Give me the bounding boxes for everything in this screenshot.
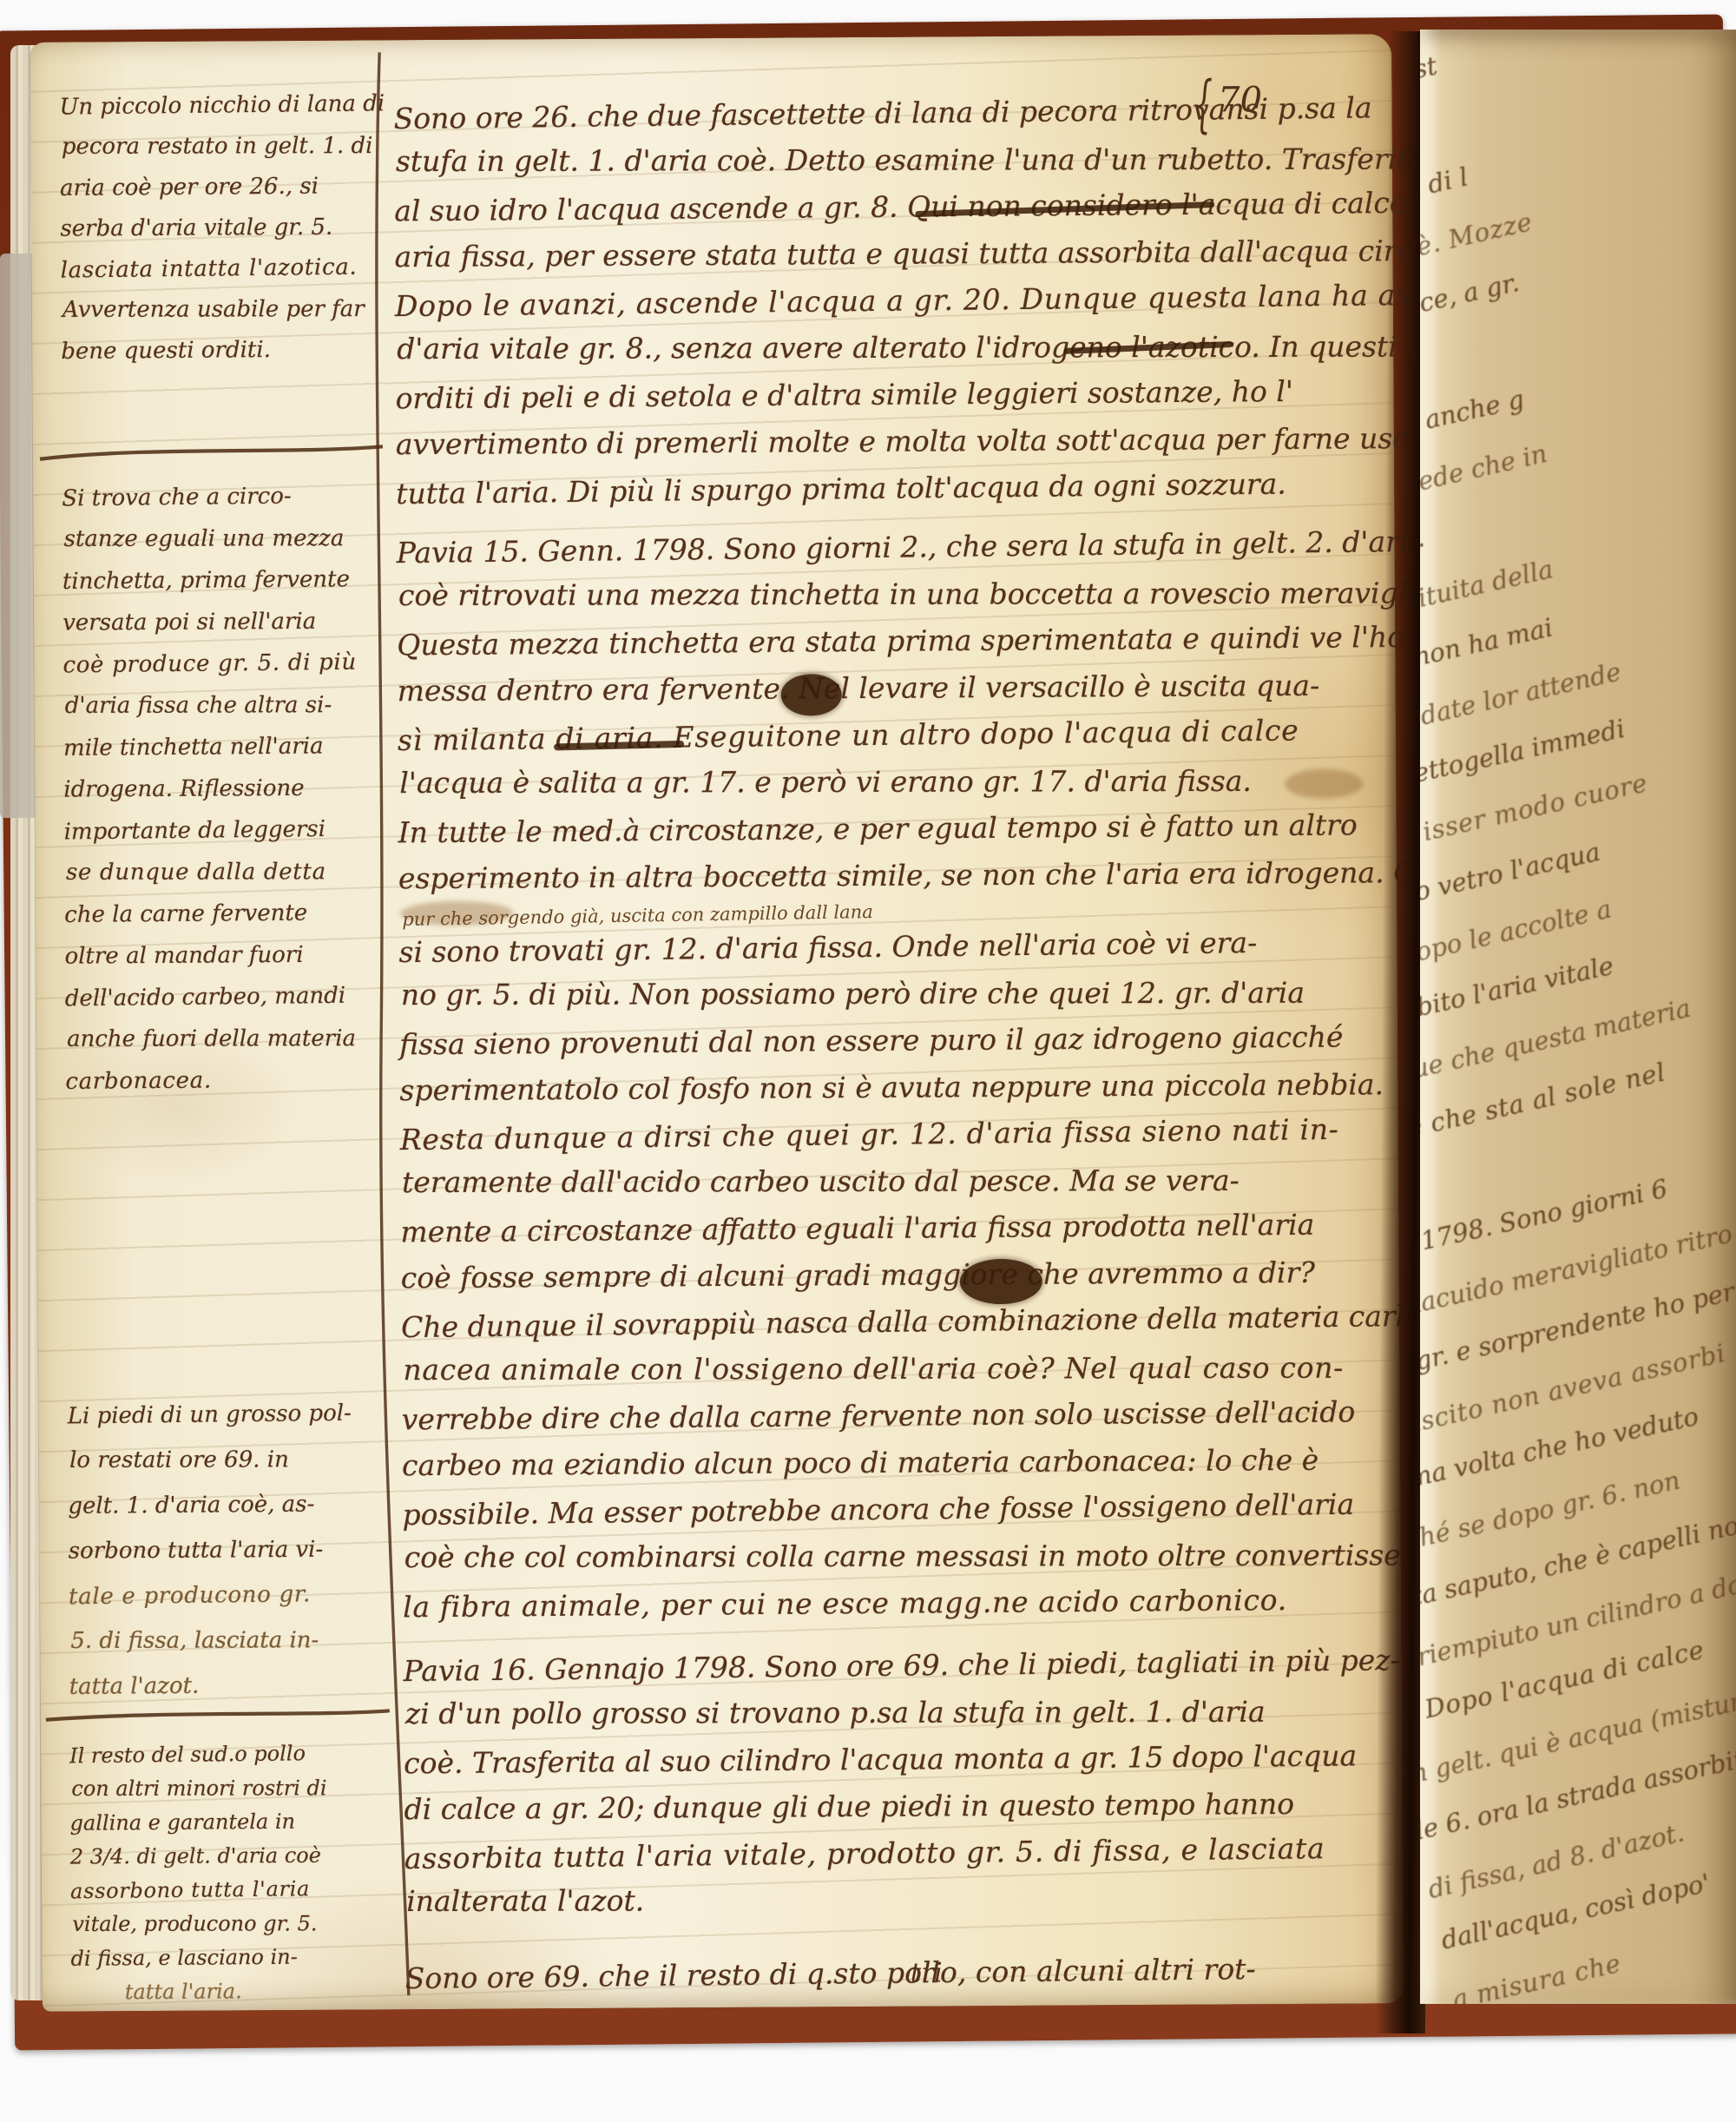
manuscript-line: aria coè per ore 26., si bbox=[60, 166, 385, 209]
manuscript-line: Si trova che a circo- bbox=[62, 475, 356, 520]
manuscript-line: carbonacea. bbox=[65, 1058, 359, 1103]
manuscript-line: Sono ore 69. che il resto di q.sto pollo… bbox=[404, 1944, 1378, 2002]
manuscript-line: coè che col combinarsi colla carne messa… bbox=[404, 1532, 1377, 1582]
manuscript-line: assorbita tutta l'aria vitale, prodotto … bbox=[404, 1824, 1378, 1882]
margin-note-1: Un piccolo nicchio di lana dipecora rest… bbox=[59, 84, 386, 372]
manuscript-line: carbeo ma eziandio alcun poco di materia… bbox=[402, 1436, 1374, 1489]
margin-rule-bottom bbox=[46, 1710, 390, 1719]
manuscript-line: Questa mezza tinchetta era stata prima s… bbox=[397, 614, 1369, 669]
entry-paragraph-2a: Pavia 15. Genn. 1798. Sono giorni 2., ch… bbox=[397, 521, 1371, 902]
manuscript-line: lasciata intatta l'azotica. bbox=[60, 247, 385, 291]
manuscript-line: possibile. Ma esser potrebbe ancora che … bbox=[402, 1480, 1375, 1539]
manuscript-line: di fissa, e lasciano in- bbox=[70, 1940, 326, 1975]
manuscript-line: d'aria vitale gr. 8., senza avere altera… bbox=[397, 324, 1369, 373]
manuscript-line: al suo idro l'acqua ascende a gr. 8. Qui… bbox=[394, 180, 1366, 234]
manuscript-line: d'aria fissa che altra si- bbox=[65, 684, 359, 727]
manuscript-line: nacea animale con l'ossigeno dell'aria c… bbox=[403, 1345, 1375, 1394]
manuscript-line: inalterata l'azot. bbox=[406, 1876, 1378, 1926]
right-page-text: d'aria coè. Restituita al suol'acqua di … bbox=[1420, 30, 1736, 2004]
manuscript-line: si sono trovati gr. 12. d'aria fissa. On… bbox=[398, 918, 1371, 976]
right-page-edge: d'aria coè. Restituita al suol'acqua di … bbox=[1420, 30, 1736, 2004]
manuscript-line: coè ritrovati una mezza tinchetta in una… bbox=[398, 570, 1371, 620]
manuscript-line: Li piedi di un grosso pol- bbox=[67, 1391, 352, 1440]
manuscript-line: bene questi orditi. bbox=[61, 329, 386, 372]
manuscript-line: Dopo le avanzi, ascende l'acqua a gr. 20… bbox=[395, 272, 1368, 330]
margin-note-3: Li piedi di un grosso pol-lo restati ore… bbox=[68, 1392, 353, 1710]
manuscript-line: di calce a gr. 20; dunque gli due piedi … bbox=[404, 1780, 1376, 1833]
manuscript-line: che la carne fervente bbox=[64, 892, 358, 936]
left-page: Un piccolo nicchio di lana dipecora rest… bbox=[30, 34, 1404, 2012]
manuscript-line: coè. Trasferita al suo cilindro l'acqua … bbox=[404, 1732, 1376, 1787]
manuscript-line: sorbono tutta l'aria vi- bbox=[69, 1527, 352, 1574]
page-number-value: 70 bbox=[1218, 80, 1262, 120]
manuscript-photo: Un piccolo nicchio di lana dipecora rest… bbox=[0, 0, 1736, 2122]
page-number: { 70 bbox=[1193, 80, 1262, 120]
manuscript-line: orditi di peli e di setola e d'altra sim… bbox=[395, 367, 1367, 422]
manuscript-line: Pavia 16. Gennajo 1798. Sono ore 69. che… bbox=[403, 1637, 1376, 1695]
manuscript-line: gallina e garantela in bbox=[69, 1804, 325, 1840]
manuscript-line: se dunque dalla detta bbox=[66, 851, 360, 893]
manuscript-line: Resta dunque a dirsi che quei gr. 12. d'… bbox=[400, 1105, 1373, 1163]
manuscript-line: zi d'un pollo grosso si trovano p.sa la … bbox=[405, 1689, 1378, 1738]
manuscript-line: stufa in gelt. 1. d'aria coè. Detto esam… bbox=[396, 136, 1368, 186]
manuscript-line: sperimentatolo col fosfo non si è avuta … bbox=[399, 1061, 1371, 1114]
manuscript-line: con altri minori rostri di bbox=[71, 1771, 326, 1806]
manuscript-line: la fibra animale, per cui ne esce magg.n… bbox=[403, 1576, 1375, 1631]
page-number-brace: { bbox=[1193, 69, 1213, 142]
manuscript-line: dell'acido carbeo, mandi bbox=[65, 975, 359, 1020]
manuscript-line: 2 3/4. di gelt. d'aria coè bbox=[70, 1839, 325, 1875]
manuscript-line: lo restati ore 69. in bbox=[69, 1437, 353, 1483]
manuscript-line: coè produce gr. 5. di più bbox=[62, 642, 357, 687]
manuscript-line: mile tinchetta nell'aria bbox=[63, 725, 358, 769]
manuscript-line: In tutte le med.à circostanze, e per egu… bbox=[398, 801, 1370, 856]
manuscript-line: 5. di fissa, lasciata in- bbox=[70, 1618, 354, 1664]
ink-blot bbox=[781, 674, 842, 715]
manuscript-line: pecora restato in gelt. 1. di bbox=[62, 126, 387, 168]
manuscript-line: l'acqua è salita a gr. 17. e però vi era… bbox=[399, 758, 1371, 807]
manuscript-line: anche fuori della materia bbox=[67, 1018, 361, 1060]
manuscript-line: verrebbe dire che dalla carne fervente n… bbox=[402, 1388, 1374, 1443]
entry-paragraph-1: Sono ore 26. che due fascettette di lana… bbox=[393, 87, 1368, 515]
manuscript-line: versata poi si nell'aria bbox=[62, 601, 357, 644]
manuscript-line: coè fosse sempre di alcuni gradi maggior… bbox=[401, 1249, 1373, 1302]
catchword: tri bbox=[911, 1957, 943, 1988]
entry-paragraph-4: Sono ore 69. che il resto di q.sto pollo… bbox=[405, 1947, 1378, 2000]
main-text-column: Sono ore 26. che due fascettette di lana… bbox=[393, 87, 1377, 2000]
manuscript-line: Un piccolo nicchio di lana di bbox=[59, 83, 385, 128]
manuscript-line: avvertimento di premerli molte e molta v… bbox=[396, 415, 1368, 468]
manuscript-line: gelt. 1. d'aria coè, as- bbox=[68, 1481, 352, 1529]
manuscript-line: tinchetta, prima fervente bbox=[62, 558, 357, 603]
entry-paragraph-3: Pavia 16. Gennajo 1798. Sono ore 69. che… bbox=[403, 1639, 1377, 1927]
manuscript-line: importante da leggersi bbox=[63, 808, 358, 853]
manuscript-line: tatta l'azot. bbox=[69, 1662, 353, 1710]
manuscript-line: aria fissa, per essere stata tutta e qua… bbox=[394, 227, 1366, 280]
manuscript-line: mente a circostanze affatto eguali l'ari… bbox=[400, 1201, 1372, 1255]
manuscript-line: serba d'aria vitale gr. 5. bbox=[60, 207, 385, 249]
manuscript-line: Il resto del sud.o pollo bbox=[69, 1736, 325, 1773]
manuscript-line: fissa sieno provenuti dal non essere pur… bbox=[399, 1013, 1371, 1068]
margin-note-4: Il resto del sud.o pollocon altri minori… bbox=[69, 1737, 326, 2010]
manuscript-line: tatta l'aria. bbox=[71, 1974, 326, 2010]
manuscript-line: tale e producono gr. bbox=[69, 1572, 353, 1620]
margin-note-2: Si trova che a circo-stanze eguali una m… bbox=[62, 476, 359, 1103]
manuscript-line: Avvertenza usabile per far bbox=[62, 289, 388, 331]
manuscript-line: assorbono tutta l'aria bbox=[70, 1872, 326, 1908]
manuscript-line: stanze eguali una mezza bbox=[64, 517, 358, 560]
manuscript-line: Pavia 15. Genn. 1798. Sono giorni 2., ch… bbox=[396, 518, 1369, 577]
manuscript-line: oltre al mandar fuori bbox=[64, 934, 358, 978]
manuscript-line: tutta l'aria. Di più li spurgo prima tol… bbox=[396, 459, 1369, 517]
manuscript-line: vitale, producono gr. 5. bbox=[72, 1907, 327, 1941]
entry-paragraph-2b: si sono trovati gr. 12. d'aria fissa. On… bbox=[398, 920, 1375, 1630]
manuscript-line: sì milanta di aria. Eseguitone un altro … bbox=[398, 706, 1371, 764]
manuscript-line: teramente dall'acido carbeo uscito dal p… bbox=[402, 1157, 1374, 1207]
margin-rule-top bbox=[40, 446, 383, 458]
manuscript-line: no gr. 5. di più. Non possiamo però dire… bbox=[401, 970, 1373, 1019]
manuscript-line: Che dunque il sovrappiù nasca dalla comb… bbox=[401, 1293, 1374, 1351]
manuscript-line: idrogena. Riflessione bbox=[63, 768, 358, 811]
manuscript-line: messa dentro era fervente. Nel levare il… bbox=[397, 662, 1369, 715]
